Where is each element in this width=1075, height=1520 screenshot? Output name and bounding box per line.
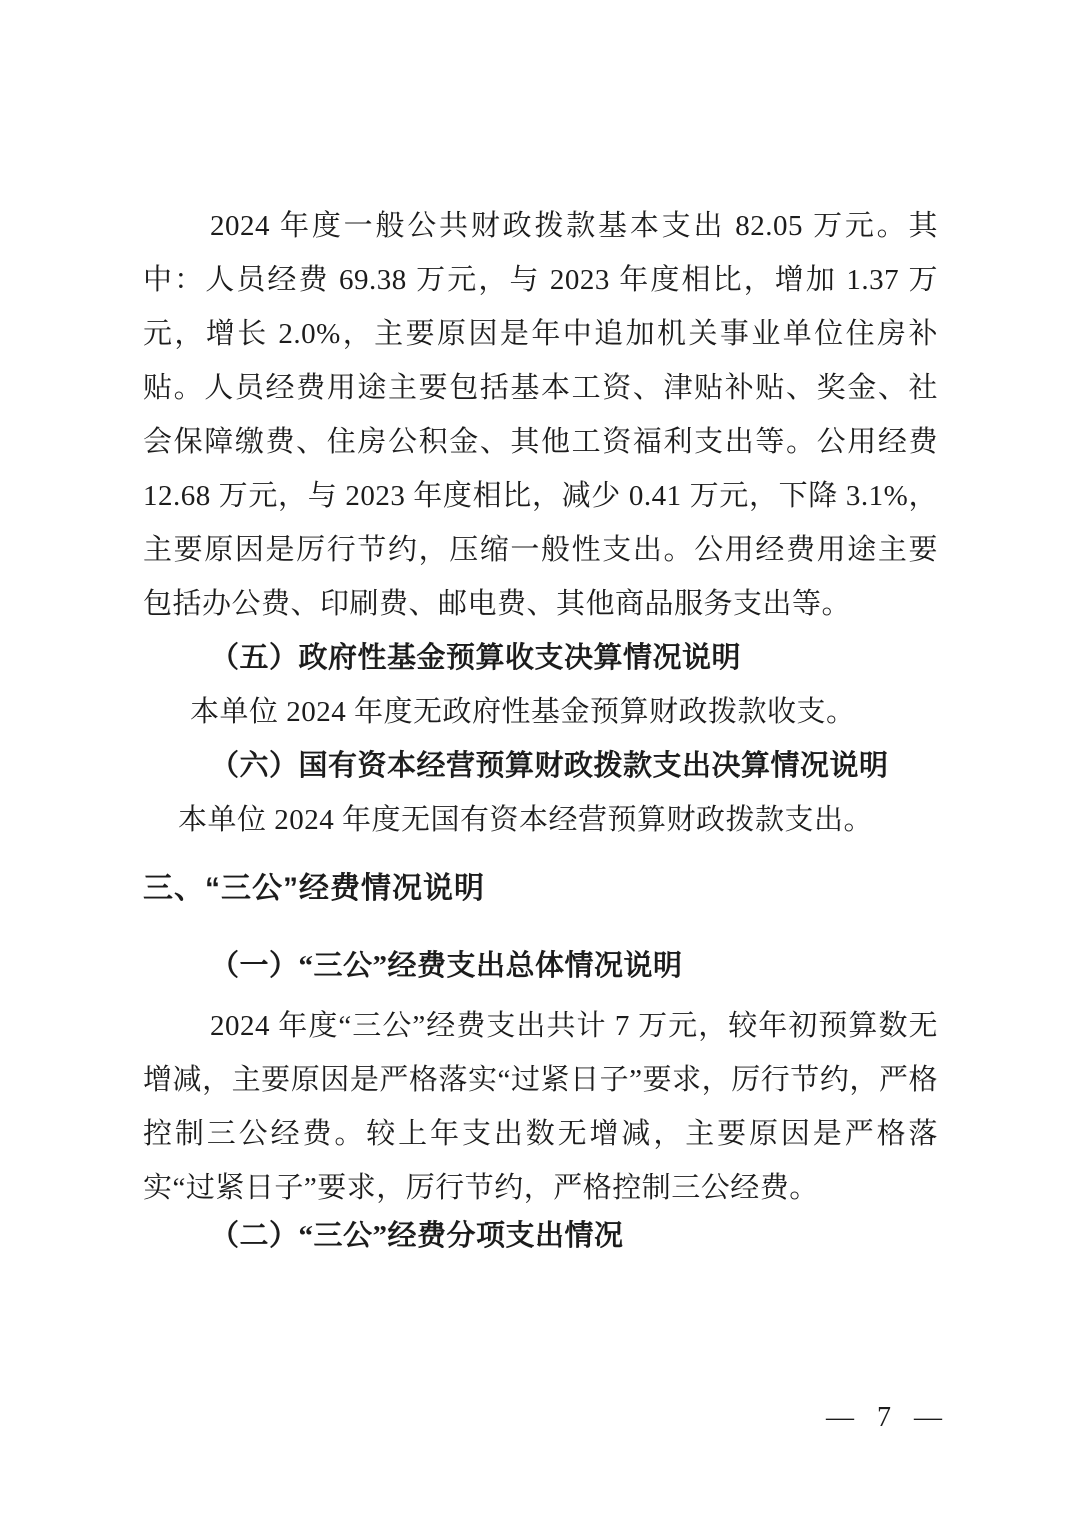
heading-section5: （五）政府性基金预算收支决算情况说明	[143, 631, 938, 685]
heading-part3-item1: （一）“三公”经费支出总体情况说明	[143, 939, 938, 993]
heading-section6: （六）国有资本经营预算财政拨款支出决算情况说明	[143, 739, 938, 793]
page-number: — 7 —	[826, 1402, 942, 1434]
document-page: 2024 年度一般公共财政拨款基本支出 82.05 万元。其中：人员经费 69.…	[0, 0, 1075, 1520]
heading-part3-title: 三、“三公”经费情况说明	[143, 862, 938, 916]
paragraph-part3-item1: 2024 年度“三公”经费支出共计 7 万元，较年初预算数无增减，主要原因是严格…	[143, 999, 938, 1215]
heading-part3-item2: （二）“三公”经费分项支出情况	[143, 1209, 938, 1263]
paragraph-basic-expenditure: 2024 年度一般公共财政拨款基本支出 82.05 万元。其中：人员经费 69.…	[143, 199, 938, 631]
paragraph-section5: 本单位 2024 年度无政府性基金预算财政拨款收支。	[143, 685, 938, 739]
paragraph-section6: 本单位 2024 年度无国有资本经营预算财政拨款支出。	[143, 793, 938, 847]
